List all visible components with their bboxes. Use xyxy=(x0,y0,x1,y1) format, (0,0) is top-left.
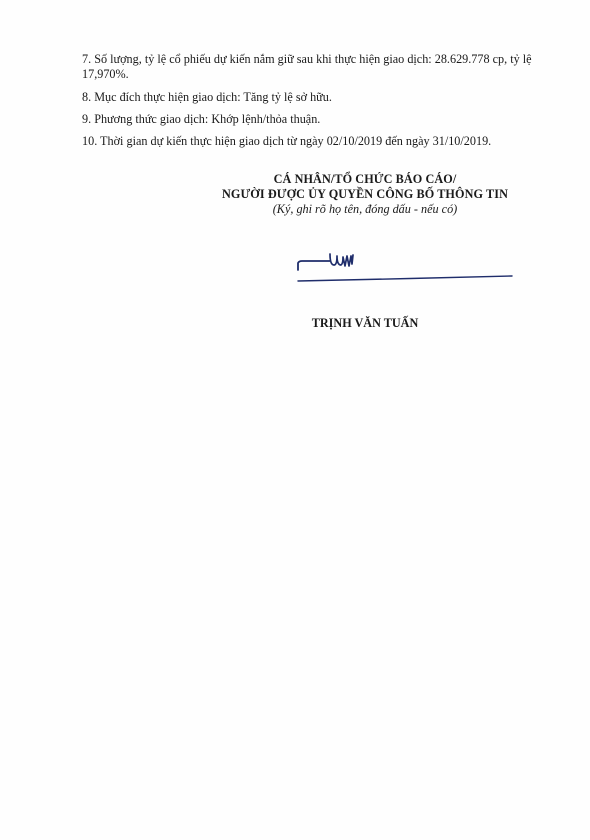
signer-role-line-1: CÁ NHÂN/TỔ CHỨC BÁO CÁO/ xyxy=(165,172,565,187)
signer-role-line-2: NGƯỜI ĐƯỢC ỦY QUYỀN CÔNG BỐ THÔNG TIN xyxy=(165,187,565,202)
item-10-transaction-period: 10. Thời gian dự kiến thực hiện giao dịc… xyxy=(82,134,552,149)
document-page: 7. Số lượng, tỷ lệ cổ phiếu dự kiến nắm … xyxy=(0,0,590,840)
handwritten-signature-icon xyxy=(290,250,520,290)
signature-instruction-note: (Ký, ghi rõ họ tên, đóng dấu - nếu có) xyxy=(165,202,565,217)
item-8-transaction-purpose: 8. Mục đích thực hiện giao dịch: Tăng tỷ… xyxy=(82,90,552,105)
signer-name: TRỊNH VĂN TUẤN xyxy=(165,316,565,331)
signature-block-header: CÁ NHÂN/TỔ CHỨC BÁO CÁO/ NGƯỜI ĐƯỢC ỦY Q… xyxy=(165,172,565,217)
transaction-details-list: 7. Số lượng, tỷ lệ cổ phiếu dự kiến nắm … xyxy=(82,52,552,156)
item-9-transaction-method: 9. Phương thức giao dịch: Khớp lệnh/thỏa… xyxy=(82,112,552,127)
item-7-holding-after-transaction: 7. Số lượng, tỷ lệ cổ phiếu dự kiến nắm … xyxy=(82,52,552,82)
